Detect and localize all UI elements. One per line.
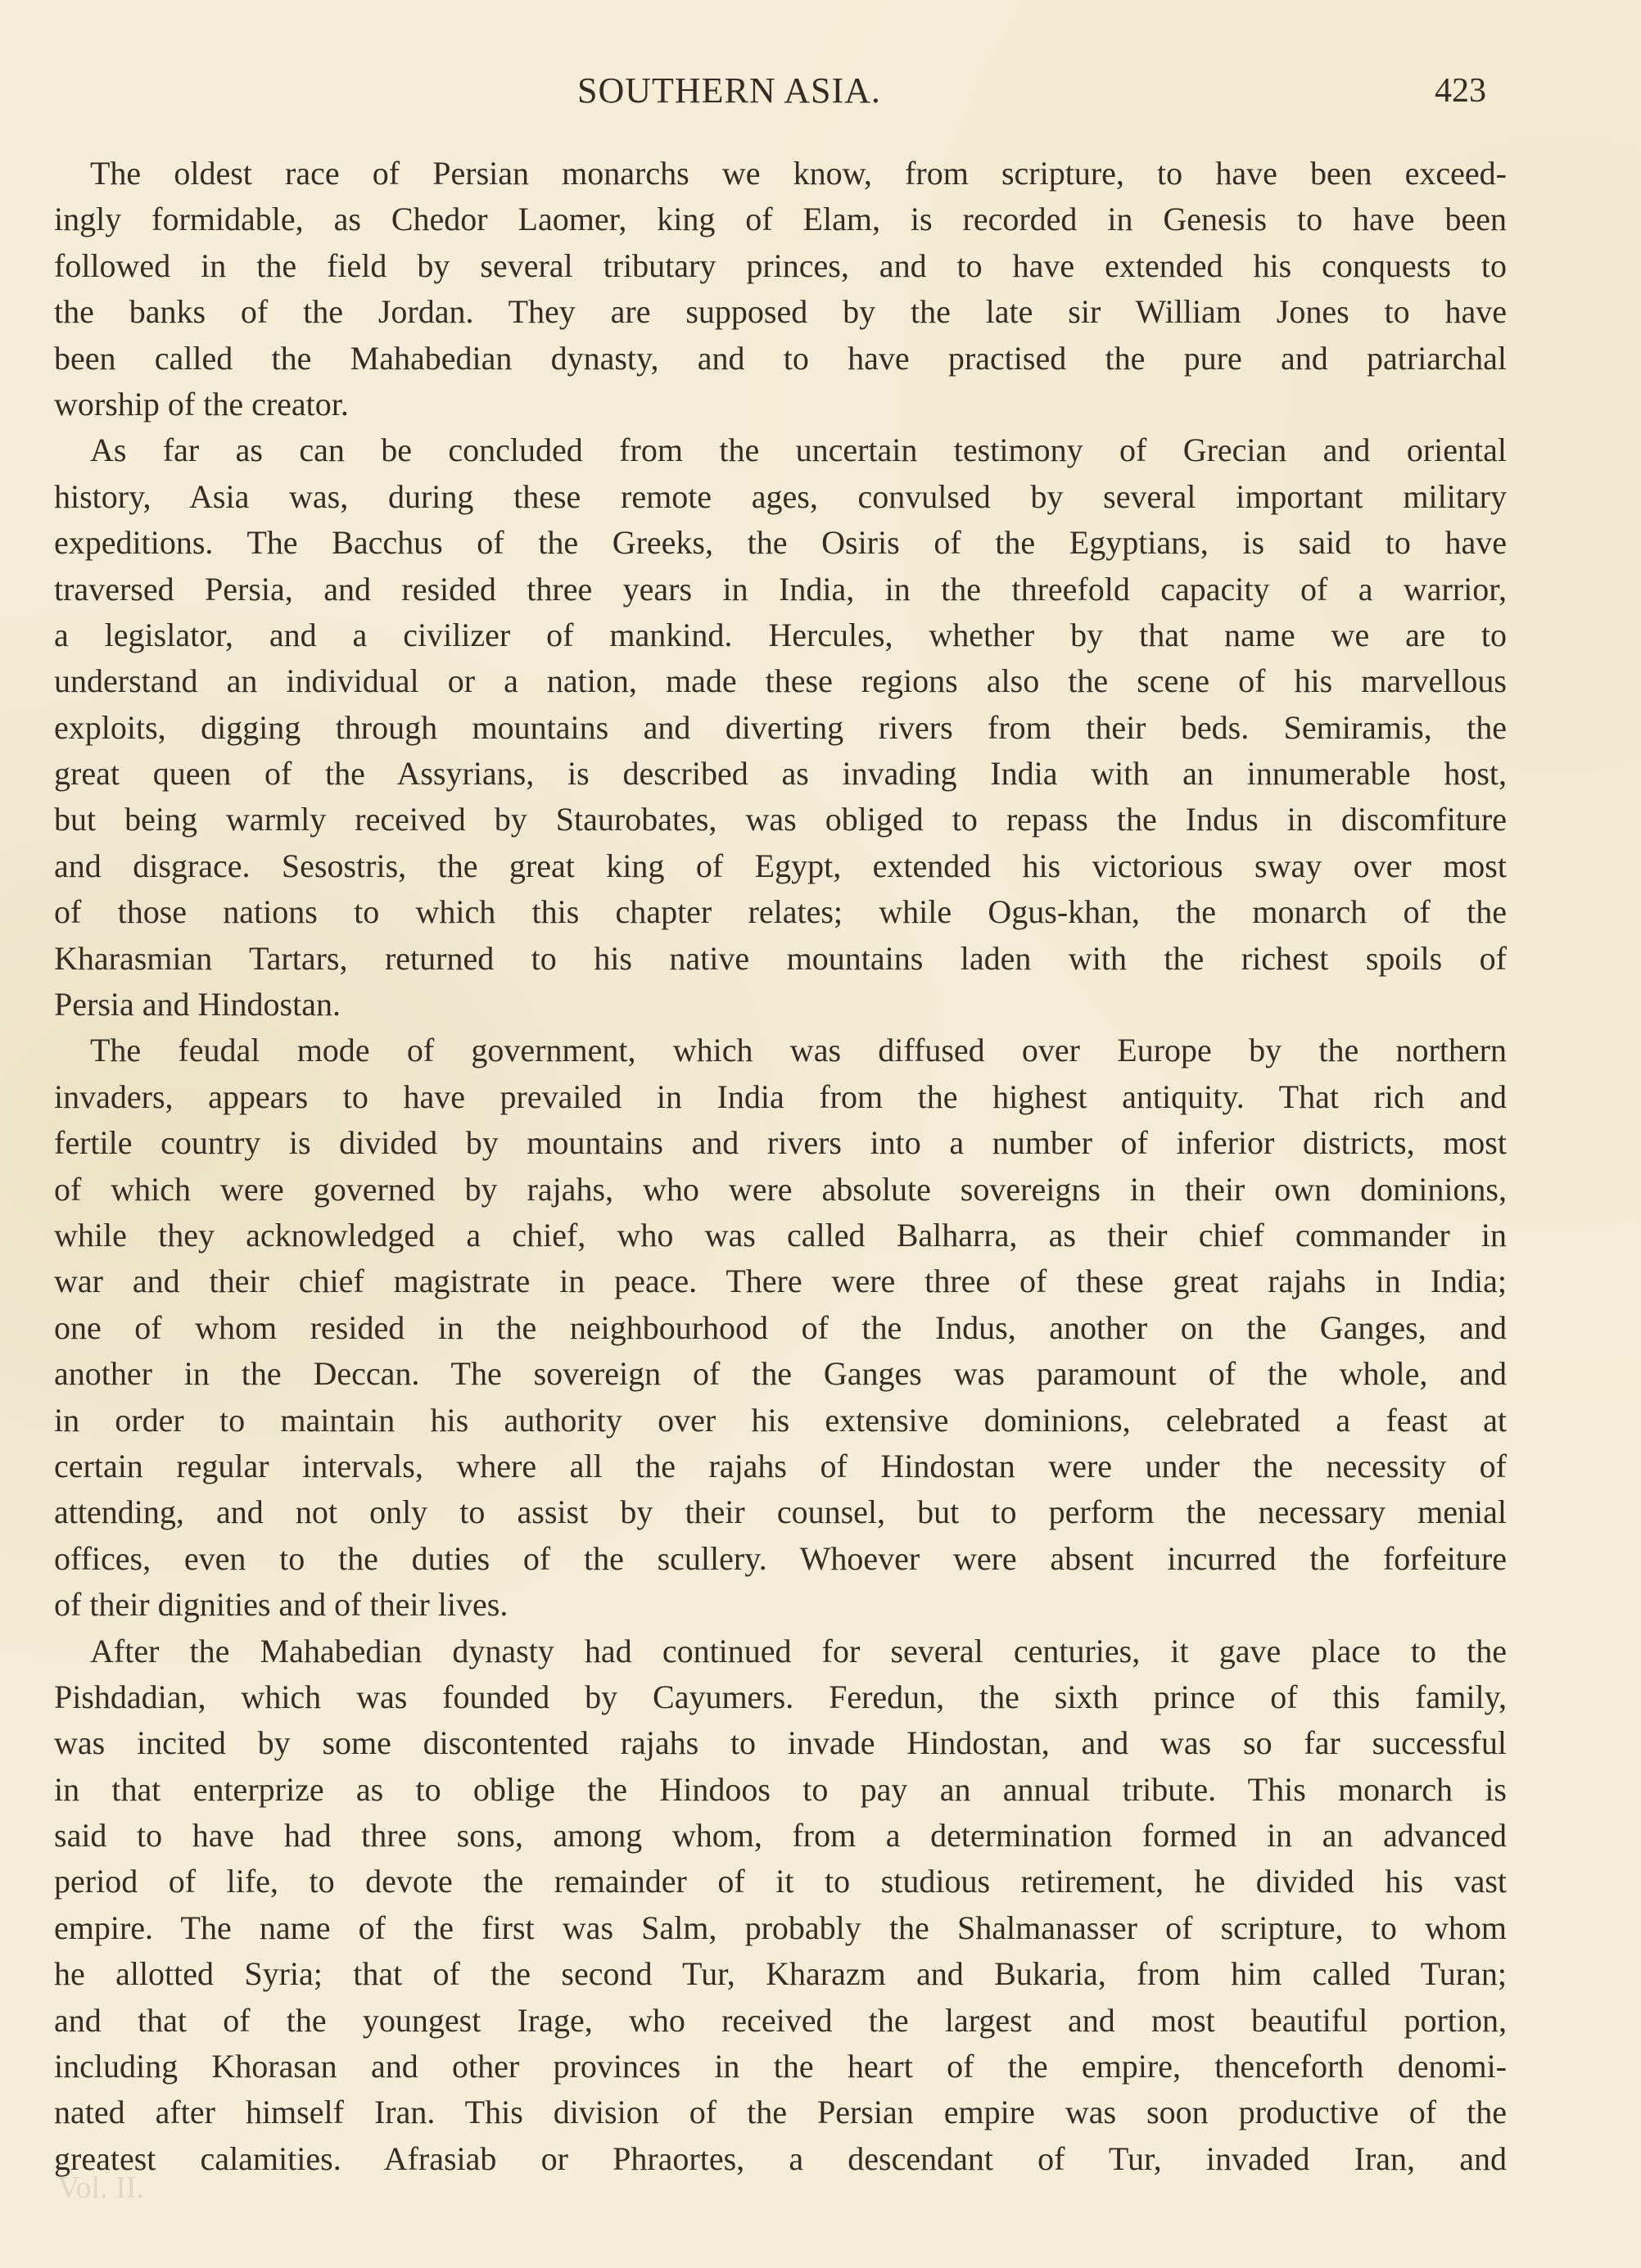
page-number: 423 xyxy=(1435,70,1486,111)
text-line: As far as can be concluded from the unce… xyxy=(54,427,1507,473)
text-line: understand an individual or a nation, ma… xyxy=(54,658,1507,704)
text-line: offices, even to the duties of the scull… xyxy=(54,1536,1507,1582)
text-line: and disgrace. Sesostris, the great king … xyxy=(54,843,1507,889)
text-line: After the Mahabedian dynasty had continu… xyxy=(54,1629,1507,1674)
running-head: SOUTHERN ASIA. 423 xyxy=(0,70,1641,111)
text-line: been called the Mahabedian dynasty, and … xyxy=(54,336,1507,382)
text-line: exploits, digging through mountains and … xyxy=(54,705,1507,751)
text-line: The oldest race of Persian monarchs we k… xyxy=(54,151,1507,197)
text-line: fertile country is divided by mountains … xyxy=(54,1120,1507,1166)
text-line: in that enterprize as to oblige the Hind… xyxy=(54,1767,1507,1813)
text-line: Persia and Hindostan. xyxy=(54,982,1507,1028)
body-text: The oldest race of Persian monarchs we k… xyxy=(54,151,1507,2182)
text-line: greatest calamities. Afrasiab or Phraort… xyxy=(54,2136,1507,2182)
text-line: empire. The name of the first was Salm, … xyxy=(54,1905,1507,1951)
text-line: one of whom resided in the neighbourhood… xyxy=(54,1305,1507,1351)
text-line: including Khorasan and other provinces i… xyxy=(54,2044,1507,2090)
text-line: of their dignities and of their lives. xyxy=(54,1582,1507,1628)
text-line: and that of the youngest Irage, who rece… xyxy=(54,1998,1507,2044)
text-line: invaders, appears to have prevailed in I… xyxy=(54,1074,1507,1120)
signature-mark: Vol. II. xyxy=(57,2170,144,2206)
book-page: SOUTHERN ASIA. 423 The oldest race of Pe… xyxy=(0,0,1641,2268)
text-line: worship of the creator. xyxy=(54,382,1507,427)
text-line: Kharasmian Tartars, returned to his nati… xyxy=(54,936,1507,982)
text-line: nated after himself Iran. This division … xyxy=(54,2090,1507,2135)
text-line: followed in the field by several tributa… xyxy=(54,243,1507,289)
text-line: history, Asia was, during these remote a… xyxy=(54,474,1507,520)
text-line: while they acknowledged a chief, who was… xyxy=(54,1213,1507,1258)
text-line: certain regular intervals, where all the… xyxy=(54,1443,1507,1489)
text-line: was incited by some discontented rajahs … xyxy=(54,1720,1507,1766)
text-line: but being warmly received by Staurobates… xyxy=(54,797,1507,843)
text-line: in order to maintain his authority over … xyxy=(54,1398,1507,1443)
text-line: another in the Deccan. The sovereign of … xyxy=(54,1351,1507,1397)
running-title: SOUTHERN ASIA. xyxy=(577,70,881,111)
text-line: great queen of the Assyrians, is describ… xyxy=(54,751,1507,797)
text-line: expeditions. The Bacchus of the Greeks, … xyxy=(54,520,1507,566)
text-line: traversed Persia, and resided three year… xyxy=(54,567,1507,612)
text-line: The feudal mode of government, which was… xyxy=(54,1028,1507,1073)
text-line: war and their chief magistrate in peace.… xyxy=(54,1258,1507,1304)
text-line: ingly formidable, as Chedor Laomer, king… xyxy=(54,197,1507,242)
text-line: a legislator, and a civilizer of mankind… xyxy=(54,612,1507,658)
text-line: of those nations to which this chapter r… xyxy=(54,889,1507,935)
text-line: he allotted Syria; that of the second Tu… xyxy=(54,1951,1507,1997)
text-line: of which were governed by rajahs, who we… xyxy=(54,1167,1507,1213)
text-line: period of life, to devote the remainder … xyxy=(54,1859,1507,1904)
text-line: attending, and not only to assist by the… xyxy=(54,1489,1507,1535)
text-line: Pishdadian, which was founded by Cayumer… xyxy=(54,1674,1507,1720)
text-line: said to have had three sons, among whom,… xyxy=(54,1813,1507,1859)
text-line: the banks of the Jordan. They are suppos… xyxy=(54,289,1507,335)
